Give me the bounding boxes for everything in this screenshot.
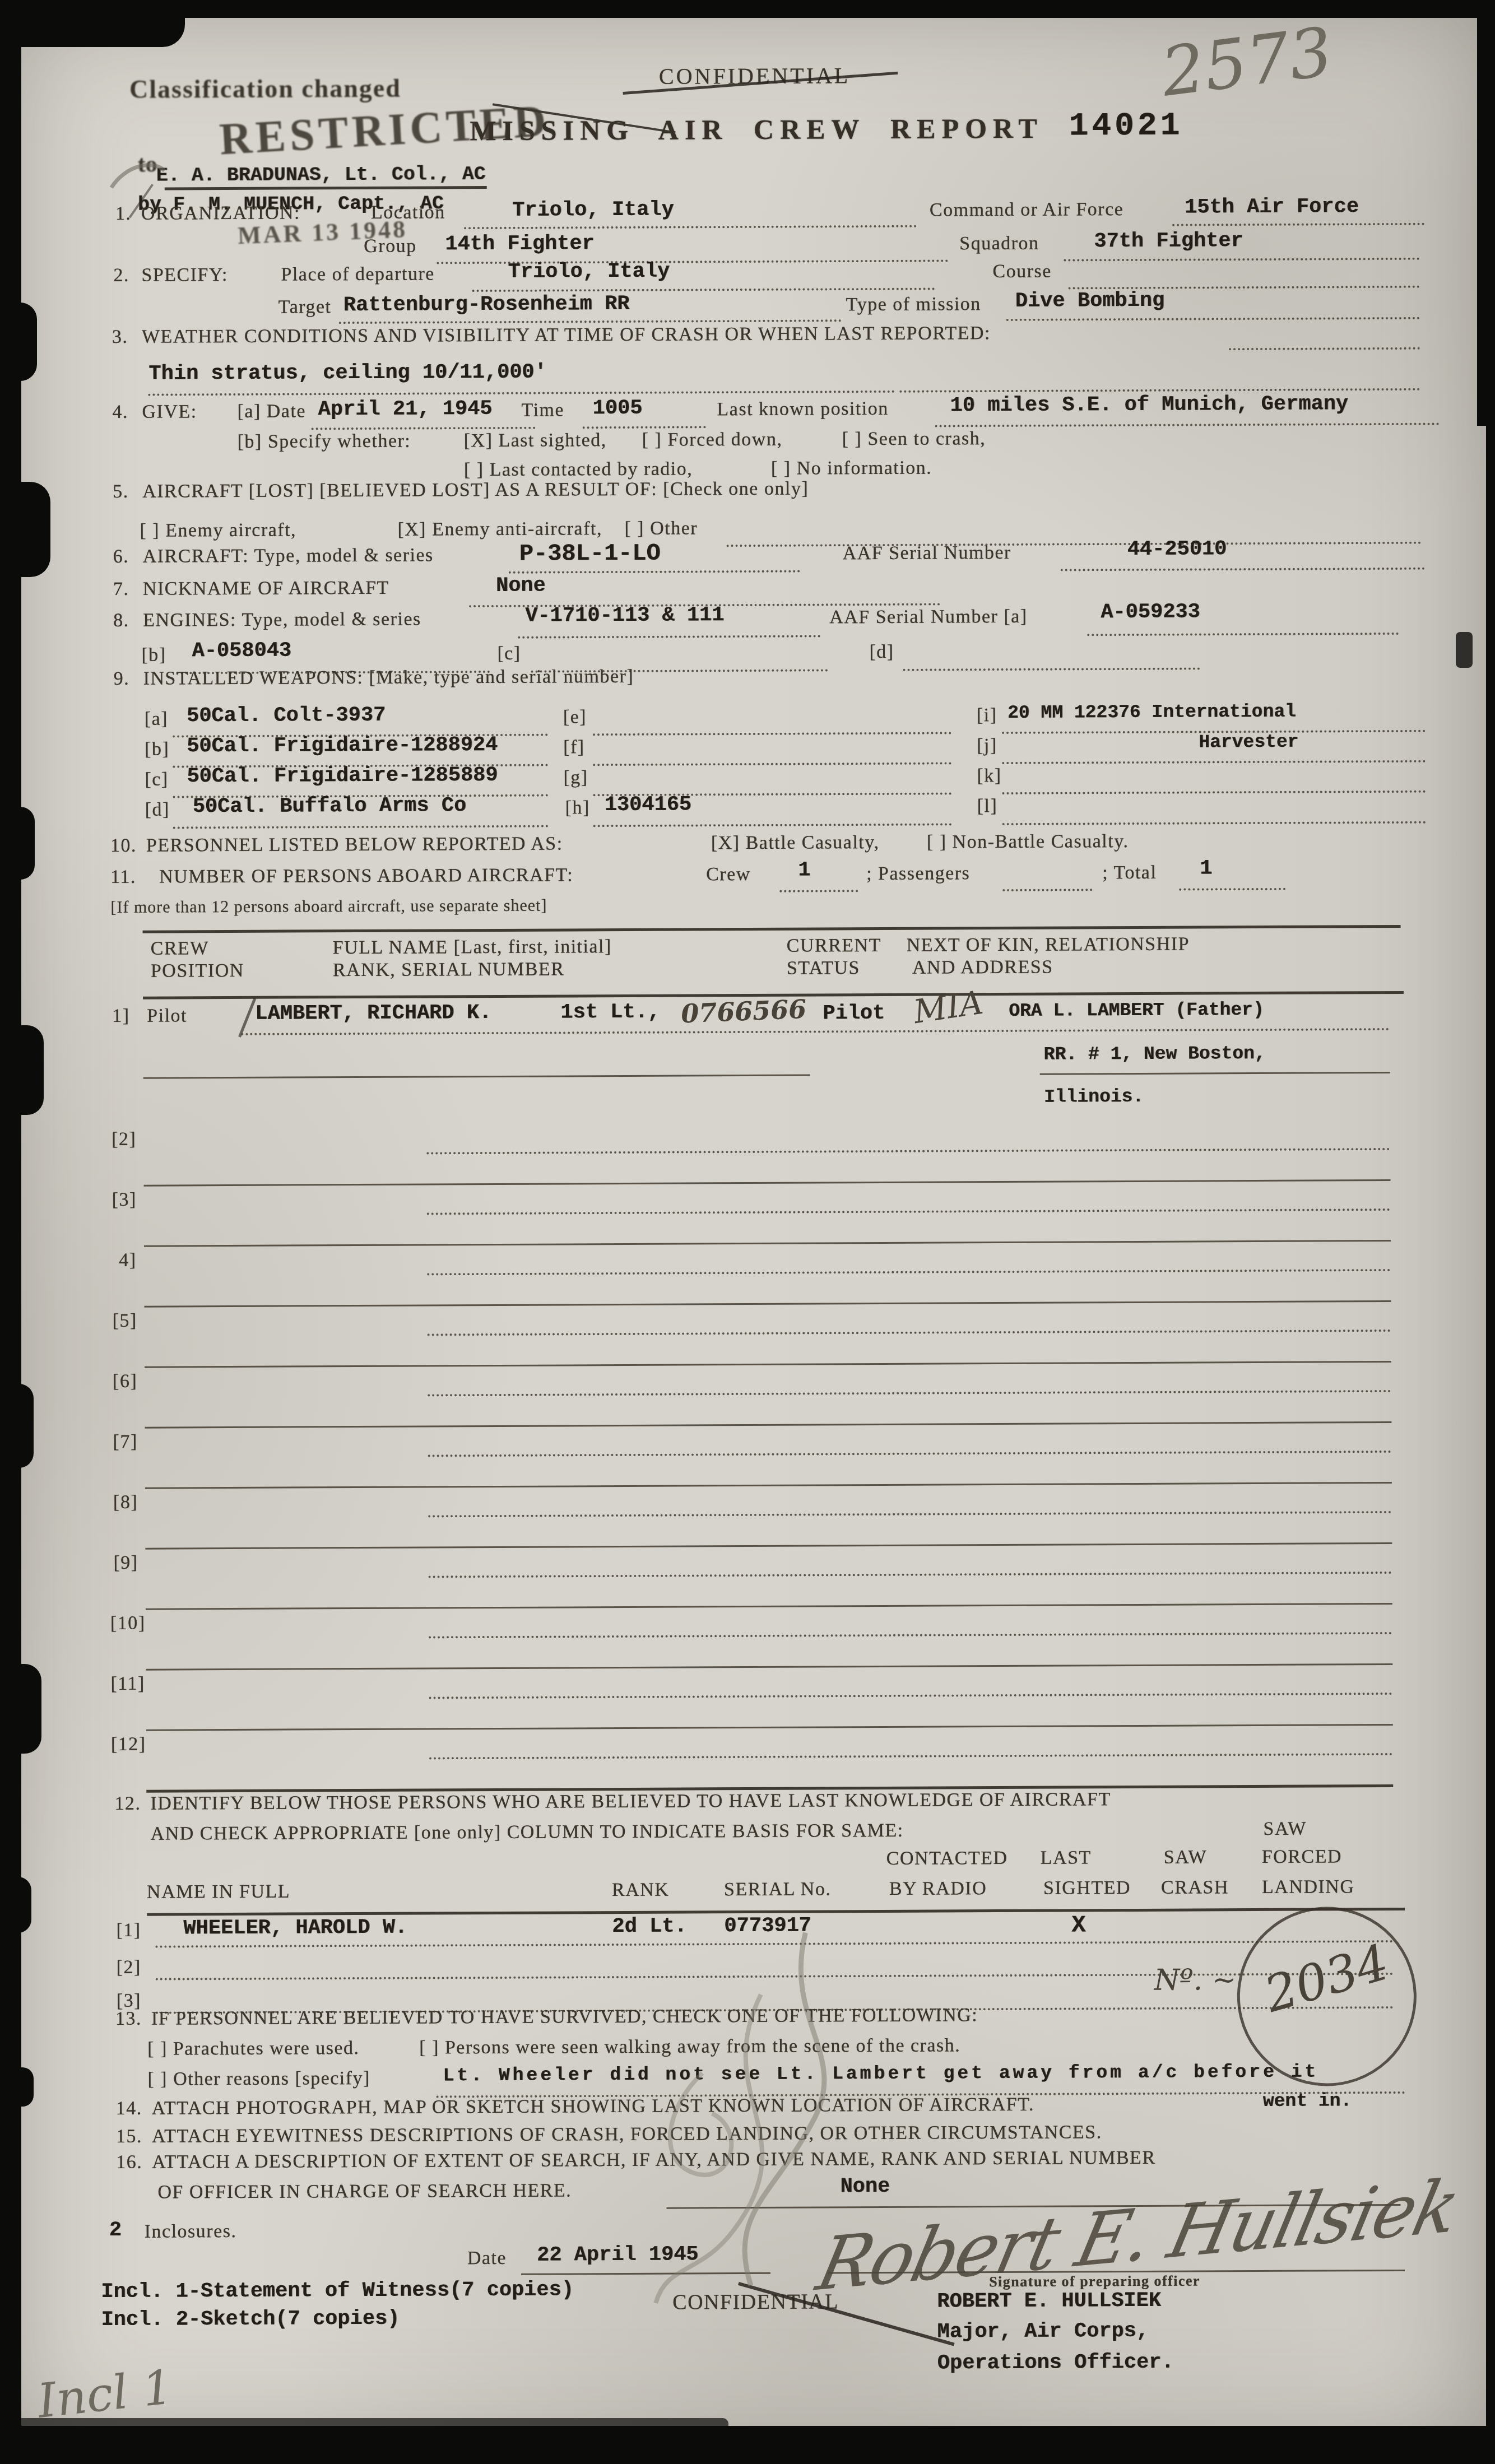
macr-scanned-page: CONFIDENTIAL 2573 Classification changed… [0, 0, 1495, 2464]
document-sheet: CONFIDENTIAL 2573 Classification changed… [0, 0, 1495, 2464]
pencil-scribble [0, 0, 1495, 2464]
